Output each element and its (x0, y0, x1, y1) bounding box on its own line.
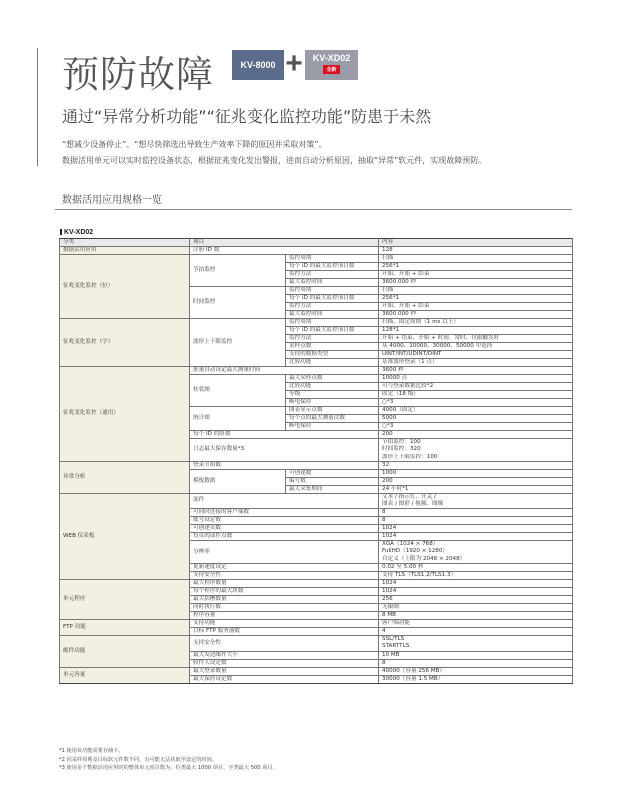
value-cell: 扫描、固定周期（1 ms 以上） (379, 319, 573, 327)
decorative-vertical-rule (37, 48, 38, 166)
value-cell: 无限制 (379, 604, 573, 612)
description-line-1: “想减少设备停止”、“想尽快筛选出导致生产效率下降的原因并采取对策”。 (62, 139, 327, 150)
item-cell: 账号设定数 (190, 517, 379, 525)
value-line: 时间监控：320 (382, 446, 569, 453)
sub-item-cell: 监控方法 (286, 335, 379, 343)
value-cell: 8 (379, 659, 573, 667)
table-row: 征兆变化监控（位） 节拍监控 监控周期 扫描 (60, 255, 573, 263)
value-cell: 1024 (379, 588, 573, 596)
sub-item-cell: 支持的数据类型 (286, 351, 379, 359)
item-cell: 登录节拍数 (190, 461, 379, 469)
value-line: STARTTLS (382, 643, 569, 650)
value-cell: 8 MB (379, 612, 573, 620)
sub-item-cell: 监控周期 (286, 287, 379, 295)
category-cell: WEB 仪表板 (60, 493, 190, 579)
table-row: 征兆变化监控（通用） 批量自动设定最大测量时间 3600 秒 (60, 367, 573, 375)
value-line: 图表 / 图形 / 视频、图像 (382, 501, 569, 508)
item-cell: 每个程序的最大块数 (190, 588, 379, 596)
item-cell: 支持安全性 (190, 572, 379, 580)
sub-item-cell: 监控周期 (286, 319, 379, 327)
value-cell: 4000（固定） (379, 407, 573, 415)
model-badge-label: KV-XD02 (305, 53, 358, 63)
table-row: 单元程序 最大程序数量 1024 (60, 580, 573, 588)
model-label-text: KV-XD02 (64, 229, 93, 236)
category-cell: 征兆变化监控（通用） (60, 367, 190, 462)
value-cell: 30000（容量 1.5 MB） (379, 675, 573, 683)
value-cell: 8 (379, 509, 573, 517)
value-cell: 40000（容量 256 MB） (379, 667, 573, 675)
item-cell: 同时执行数 (190, 604, 379, 612)
value-cell: 1024 (379, 533, 573, 541)
sub-item-cell: 断电保持 (286, 399, 379, 407)
sub-item-cell: 监控方法 (286, 303, 379, 311)
item-cell: 支持安全性 (190, 636, 379, 652)
footnote: *2 因采样周期及目标软元件数不同，有可能无法获取至设定的时间。 (59, 756, 278, 765)
value-cell: ○*3 (379, 399, 573, 407)
item-cell: 部件 (190, 493, 379, 509)
table-row: 数据活用应用 注册 ID 数 128 (60, 247, 573, 255)
sub-item-cell: 每个 ID 的最大监控项目数 (286, 263, 379, 271)
group-cell: 时间监控 (190, 287, 286, 319)
value-cell: UINT/INT/UDINT/DINT (379, 351, 573, 359)
value-cell: 32 (379, 461, 573, 469)
item-cell: 批量自动设定最大测量时间 (190, 367, 379, 375)
sub-item-cell: 最大采样点数 (286, 375, 379, 383)
value-cell: 1024 (379, 580, 573, 588)
value-cell: 200 (379, 477, 573, 485)
value-cell: 10 MB (379, 651, 573, 659)
value-cell: 24 小时*1 (379, 485, 573, 493)
value-cell: 基准波形登录（1 点） (379, 359, 573, 367)
value-cell: 扫描 (379, 255, 573, 263)
value-line: 文本 / 指示灯、开关 / (382, 494, 569, 501)
table-row: 邮件功能 支持安全性 SSL/TLSSTARTTLS (60, 636, 573, 652)
model-badge-kvxd02: KV-XD02 全新 (305, 50, 358, 80)
value-cell: 128*1 (379, 327, 573, 335)
value-line: FullHD（1920 × 1280） (382, 548, 569, 555)
item-cell: 可同时连接的客户端数 (190, 509, 379, 517)
value-cell: 256*1 (379, 295, 573, 303)
table-row: 单元容量 最大登录数量 40000（容量 256 MB） (60, 667, 573, 675)
item-cell: 最大程序数量 (190, 580, 379, 588)
sub-item-cell: 最大采集期间 (286, 485, 379, 493)
value-cell: 8 (379, 517, 573, 525)
sub-item-cell: 比较功能 (286, 383, 379, 391)
value-cell: 128 (379, 247, 573, 255)
description-line-2: 数据活用单元可以实时监控设备状态，根据征兆变化发出警报，进而自动分析原因，抽取“… (62, 155, 486, 166)
item-cell: 支持功能 (190, 620, 379, 628)
category-cell: FTP 功能 (60, 620, 190, 636)
group-cell: 柱状图 (190, 375, 286, 407)
footnote: *1 使用该功能需要存储卡。 (59, 747, 278, 756)
category-cell: 邮件功能 (60, 636, 190, 668)
value-cell: 10000 点 (379, 375, 573, 383)
sub-item-cell: 比较功能 (286, 359, 379, 367)
table-row: 征兆变化监控（字） 波形上下限监控 监控周期 扫描、固定周期（1 ms 以上） (60, 319, 573, 327)
model-badge-kv8000: KV-8000 (232, 50, 284, 80)
item-cell: 每个 ID 的组数 (190, 431, 379, 439)
value-line: 自定义（上限为 2048 × 2048） (382, 556, 569, 563)
value-cell: XGA（1024 × 768）FullHD（1920 × 1280）自定义（上限… (379, 541, 573, 564)
item-cell: 更新速度设定 (190, 564, 379, 572)
item-cell: 最大保持设定数 (190, 675, 379, 683)
sub-item-cell: 每个点的最大测量次数 (286, 415, 379, 423)
value-cell: 256*1 (379, 263, 573, 271)
spec-table: 分类 项目 内容 数据活用应用 注册 ID 数 128 征兆变化监控（位） 节拍… (59, 238, 573, 684)
sub-item-cell: 最大监控时间 (286, 279, 379, 287)
sub-item-cell: 监控方法 (286, 271, 379, 279)
value-line: SSL/TLS (382, 636, 569, 643)
value-cell: 3600.000 秒 (379, 311, 573, 319)
group-cell: 波形上下限监控 (190, 319, 286, 367)
group-cell: 模板数据 (190, 469, 286, 493)
item-cell: 程序容量 (190, 612, 379, 620)
category-cell: 征兆变化监控（位） (60, 255, 190, 319)
group-cell: 统计图 (190, 407, 286, 431)
value-cell: 开始、开始 + 结束 (379, 271, 573, 279)
item-cell: 可创建页数 (190, 525, 379, 533)
item-cell: 每页的部件点数 (190, 533, 379, 541)
category-cell: 单元容量 (60, 667, 190, 683)
footnotes: *1 使用该功能需要存储卡。 *2 因采样周期及目标软元件数不同，有可能无法获取… (59, 747, 278, 773)
sub-item-cell: 可创建数 (286, 469, 379, 477)
model-label: KV-XD02 (60, 229, 93, 236)
value-cell: 1000 (379, 469, 573, 477)
value-cell: 3600 秒 (379, 367, 573, 375)
value-cell: 256 (379, 596, 573, 604)
value-cell: 节拍监控：100时间监控：320 (379, 439, 573, 454)
value-cell: 1024 (379, 525, 573, 533)
category-cell: 数据活用应用 (60, 247, 190, 255)
plus-icon: + (284, 45, 304, 83)
sub-item-cell: 每个 ID 的最大监控项目数 (286, 327, 379, 335)
value-cell: 开始 + 结束、开始 + 时间、常时、仅限触发时 (379, 335, 573, 343)
sub-item-cell: 每个 ID 的最大监控项目数 (286, 295, 379, 303)
item-cell: 目标 FTP 服务器数 (190, 628, 379, 636)
header-content: 内容 (379, 239, 573, 247)
value-cell: 5000 (379, 415, 573, 423)
category-cell: 征兆变化监控（字） (60, 319, 190, 367)
footnote: *3 使用多个数据活用应用时的整体单元项目数为，位类最大 1000 项目、字类最… (59, 764, 278, 773)
item-cell: 最大登录数量 (190, 667, 379, 675)
subtitle: 通过“异常分析功能”“征兆变化监控功能”防患于未然 (62, 104, 431, 127)
sub-item-cell: 断电保持 (286, 423, 379, 431)
new-badge: 全新 (323, 65, 339, 74)
value-cell: SSL/TLSSTARTTLS (379, 636, 573, 652)
group-cell: 节拍监控 (190, 255, 286, 287)
value-cell: 从 4000、10000、30000、50000 中选择 (379, 343, 573, 351)
sub-item-cell: 编号数 (286, 477, 379, 485)
page-title: 预防故障 (62, 44, 214, 98)
item-cell: 收件人设定数 (190, 659, 379, 667)
value-cell: 0.02 至 5.00 秒 (379, 564, 573, 572)
category-cell: 异常分析 (60, 461, 190, 493)
value-cell: 4 (379, 628, 573, 636)
sub-item-cell: 采样点数 (286, 343, 379, 351)
item-cell: 最大括槽数量 (190, 596, 379, 604)
value-cell: 支持 TLS（TLS1.2/TLS1.3） (379, 572, 573, 580)
sub-item-cell: 图表显示点数 (286, 407, 379, 415)
item-cell: 注册 ID 数 (190, 247, 379, 255)
category-cell: 单元程序 (60, 580, 190, 620)
sub-item-cell: 等级 (286, 391, 379, 399)
value-cell: 开始、开始 + 结束 (379, 303, 573, 311)
table-row: 异常分析 登录节拍数 32 (60, 461, 573, 469)
value-cell: ○*3 (379, 423, 573, 431)
value-cell: 客户端功能 (379, 620, 573, 628)
table-row: FTP 功能 支持功能 客户端功能 (60, 620, 573, 628)
table-row: WEB 仪表板 部件 文本 / 指示灯、开关 /图表 / 图形 / 视频、图像 (60, 493, 573, 509)
sub-item-cell: 最大监控时间 (286, 311, 379, 319)
value-cell: 文本 / 指示灯、开关 /图表 / 图形 / 视频、图像 (379, 493, 573, 509)
sub-item-cell: 监控周期 (286, 255, 379, 263)
section-heading: 数据活用应用规格一览 (62, 191, 162, 206)
value-cell: 扫描 (379, 287, 573, 295)
value-cell: 波形上下限监控：100 (379, 454, 573, 462)
header-category: 分类 (60, 239, 190, 247)
header-item: 项目 (190, 239, 379, 247)
value-cell: 固定（18 级） (379, 391, 573, 399)
table-header-row: 分类 项目 内容 (60, 239, 573, 247)
square-bullet-icon (60, 229, 62, 235)
value-cell: 200 (379, 431, 573, 439)
item-cell: 最大发送邮件大小 (190, 651, 379, 659)
value-cell: 3600.000 秒 (379, 279, 573, 287)
item-cell: 日志最大保存数量*3 (190, 439, 379, 462)
section-divider (55, 209, 572, 210)
value-cell: 可与登录数据比较*2 (379, 383, 573, 391)
item-cell: 分辨率 (190, 541, 379, 564)
